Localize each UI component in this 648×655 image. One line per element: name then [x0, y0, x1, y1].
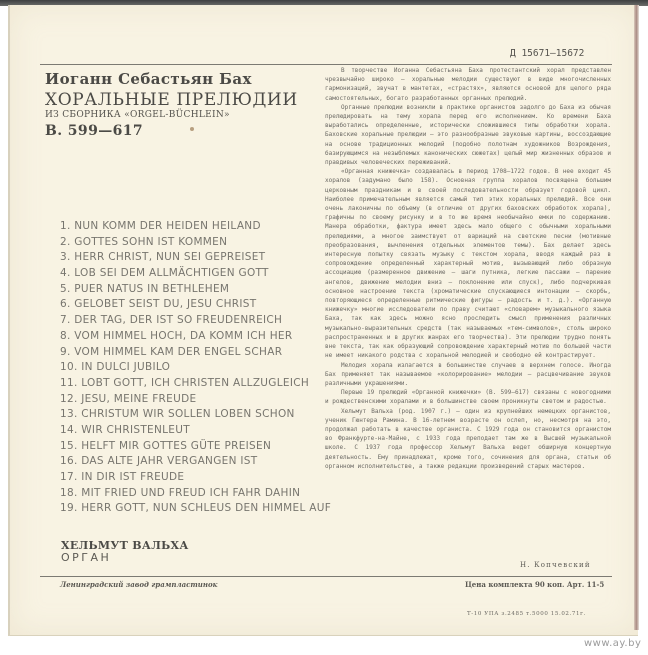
- watermark-text: www.ay.by: [584, 638, 641, 649]
- liner-notes-paragraph: В творчестве Иоганна Себастьяна Баха про…: [325, 66, 611, 103]
- price-info: Цена комплекта 90 коп. Арт. 11-5: [465, 580, 604, 589]
- track-item: 7. DER TAG, DER IST SO FREUDENREICH: [60, 313, 331, 329]
- composer-name: Иоганн Себастьян Бах: [45, 70, 252, 88]
- track-item: 2. GOTTES SOHN IST KOMMEN: [60, 235, 331, 251]
- track-item: 3. HERR CHRIST, NUN SEI GEPREISET: [60, 250, 331, 266]
- track-item: 4. LOB SEI DEM ALLMÄCHTIGEN GOTT: [60, 266, 331, 282]
- track-item: 15. HELFT MIR GOTTES GÜTE PREISEN: [60, 439, 331, 455]
- catalog-number: Д 15671—15672: [510, 48, 584, 59]
- track-item: 9. VOM HIMMEL KAM DER ENGEL SCHAR: [60, 345, 331, 361]
- track-item: 13. CHRISTUM WIR SOLLEN LOBEN SCHON: [60, 407, 331, 423]
- notes-author-signature: Н. Копчевский: [520, 561, 591, 569]
- track-item: 1. NUN KOMM DER HEIDEN HEILAND: [60, 219, 331, 235]
- bottom-divider: [40, 576, 612, 577]
- album-subtitle: ИЗ СБОРНИКА «ORGEL-BÜCHLEIN»: [45, 110, 230, 120]
- performer-instrument: ОРГАН: [61, 551, 111, 564]
- print-info: Т-10 УПА з.2485 т.5000 15.02.71г.: [467, 611, 586, 617]
- sleeve-right-edge: [634, 5, 639, 630]
- track-item: 11. LOBT GOTT, ICH CHRISTEN ALLZUGLEICH: [60, 376, 331, 392]
- liner-notes-paragraph: Первые 19 прелюдий «Органной книжечки» (…: [325, 388, 611, 406]
- track-item: 19. HERR GOTT, NUN SCHLEUS DEN HIMMEL AU…: [60, 501, 331, 517]
- track-item: 6. GELOBET SEIST DU, JESU CHRIST: [60, 297, 331, 313]
- track-item: 12. JESU, MEINE FREUDE: [60, 392, 331, 408]
- liner-notes: В творчестве Иоганна Себастьяна Баха про…: [325, 66, 611, 471]
- top-divider: [40, 64, 612, 65]
- track-item: 5. PUER NATUS IN BETHLEHEM: [60, 282, 331, 298]
- track-item: 16. DAS ALTE JAHR VERGANGEN IST: [60, 454, 331, 470]
- publisher-label: Ленинградский завод грампластинок: [60, 580, 217, 589]
- track-item: 10. IN DULCI JUBILO: [60, 360, 331, 376]
- track-item: 18. MIT FRIED UND FREUD ICH FAHR DAHIN: [60, 486, 331, 502]
- liner-notes-paragraph: Хельмут Вальха (род. 1907 г.) — один из …: [325, 407, 611, 471]
- paper-stain: [190, 127, 194, 131]
- liner-notes-paragraph: Мелодия хорала излагается в большинстве …: [325, 361, 611, 389]
- liner-notes-paragraph: «Органная книжечка» создавалась в период…: [325, 167, 611, 360]
- track-item: 14. WIR CHRISTENLEUT: [60, 423, 331, 439]
- liner-notes-paragraph: Органные прелюдии возникли в практике ор…: [325, 103, 611, 167]
- bwv-range: B. 599—617: [45, 123, 143, 139]
- track-item: 17. IN DIR IST FREUDE: [60, 470, 331, 486]
- track-item: 8. VOM HIMMEL HOCH, DA KOMM ICH HER: [60, 329, 331, 345]
- track-list: 1. NUN KOMM DER HEIDEN HEILAND 2. GOTTES…: [60, 219, 331, 517]
- album-title: ХОРАЛЬНЫЕ ПРЕЛЮДИИ: [45, 90, 298, 110]
